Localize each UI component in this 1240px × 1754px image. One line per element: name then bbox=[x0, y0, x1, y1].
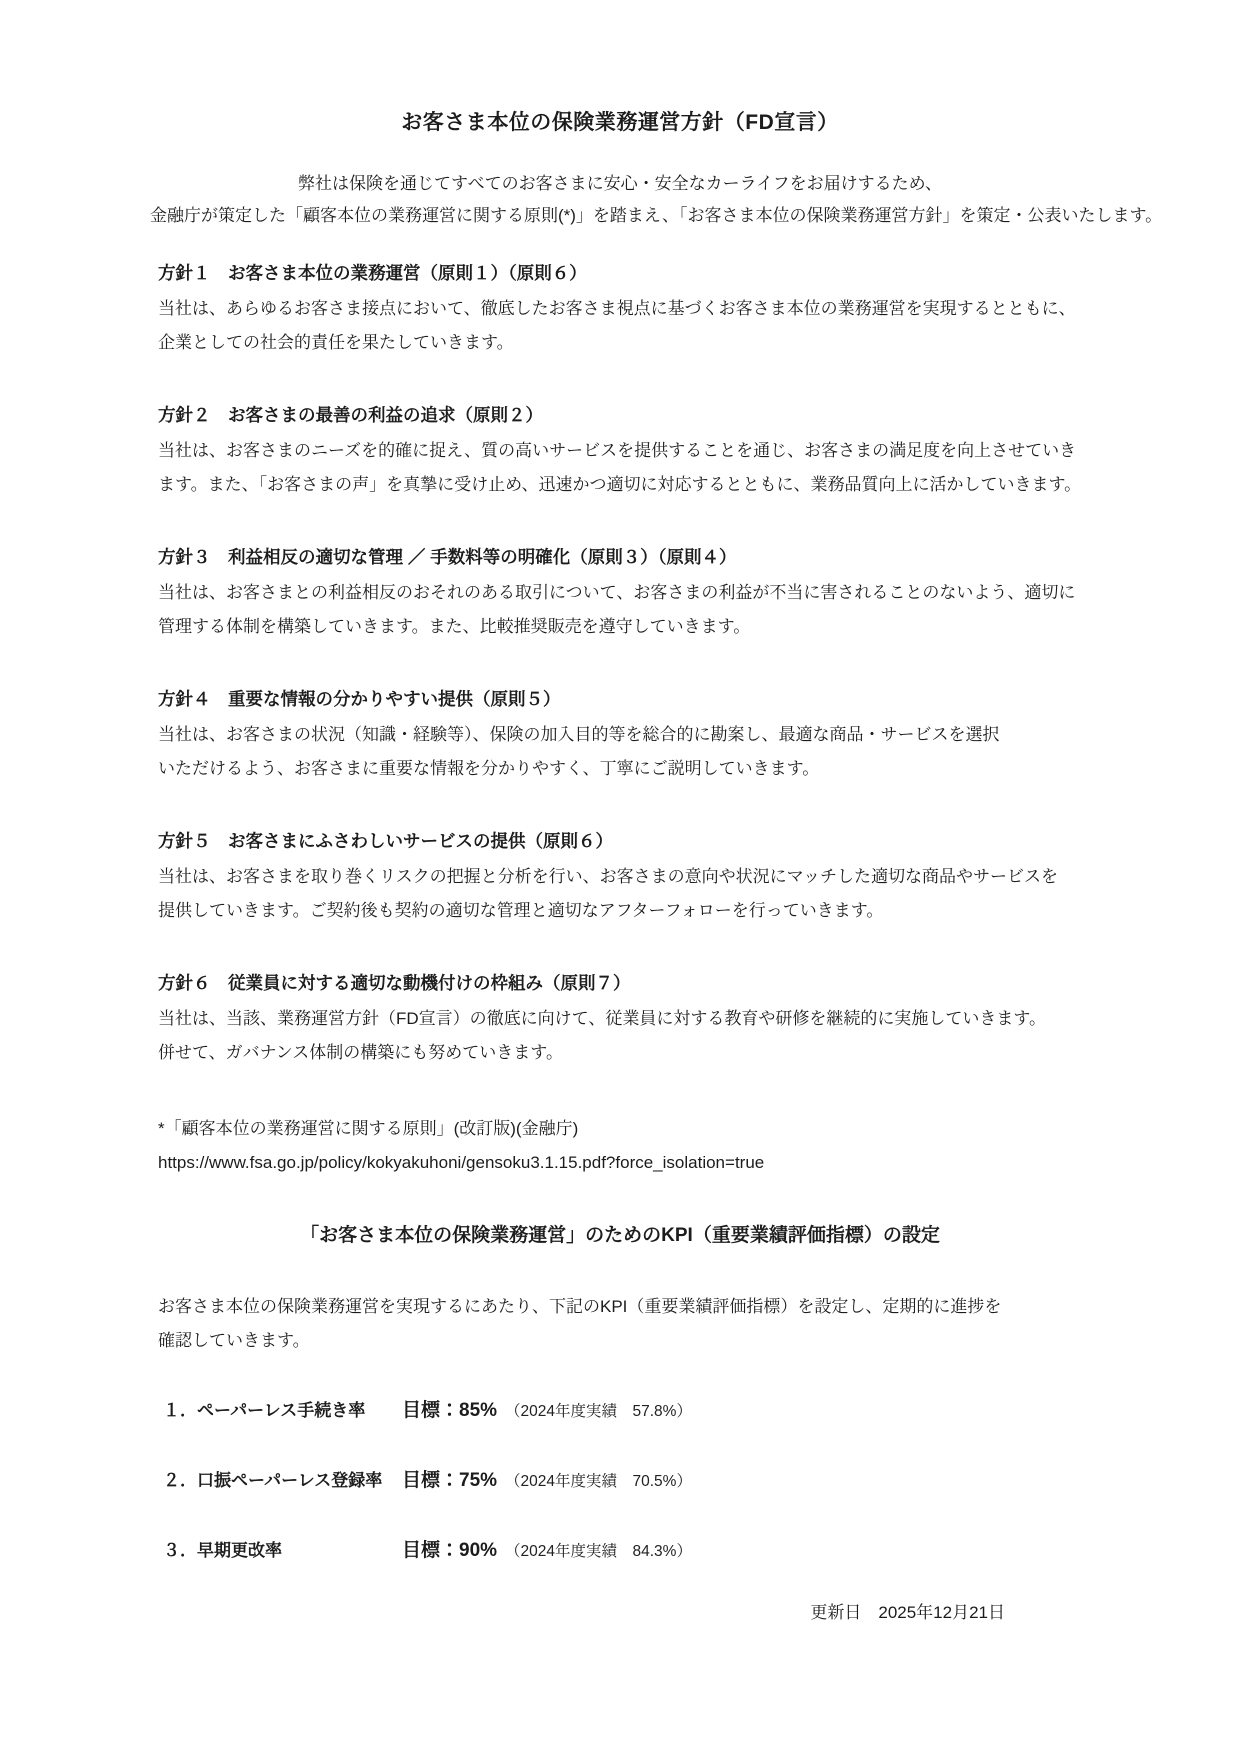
kpi-section-title: 「お客さま本位の保険業務運営」のためのKPI（重要業績評価指標）の設定 bbox=[150, 1222, 1090, 1250]
policy-4-body-line-1: 当社は、お客さまの状況（知識・経験等）、保険の加入目的等を総合的に勘案し、最適な… bbox=[158, 718, 1090, 752]
intro-line-1: 弊社は保険を通じてすべてのお客さまに安心・安全なカーライフをお届けするため、 bbox=[150, 168, 1090, 200]
kpi-intro-paragraph: お客さま本位の保険業務運営を実現するにあたり、下記のKPI（重要業績評価指標）を… bbox=[150, 1290, 1090, 1358]
policy-section-3: 方針３ 利益相反の適切な管理 ／ 手数料等の明確化（原則３）（原則４） 当社は、… bbox=[150, 544, 1090, 644]
page-title: お客さま本位の保険業務運営方針（FD宣言） bbox=[150, 108, 1090, 138]
footnote-url: https://www.fsa.go.jp/policy/kokyakuhoni… bbox=[158, 1146, 1090, 1180]
kpi-intro-line-2: 確認していきます。 bbox=[158, 1324, 1090, 1358]
policy-2-body-line-2: ます。また、「お客さまの声」を真摯に受け止め、迅速かつ適切に対応するとともに、業… bbox=[158, 468, 1090, 502]
kpi-intro-line-1: お客さま本位の保険業務運営を実現するにあたり、下記のKPI（重要業績評価指標）を… bbox=[158, 1290, 1090, 1324]
policy-4-heading: 方針４ 重要な情報の分かりやすい提供（原則５） bbox=[158, 686, 1090, 712]
policy-5-body-line-1: 当社は、お客さまを取り巻くリスクの把握と分析を行い、お客さまの意向や状況にマッチ… bbox=[158, 860, 1090, 894]
kpi-2-actual: （2024年度実績 70.5%） bbox=[505, 1469, 692, 1491]
kpi-1-actual: （2024年度実績 57.8%） bbox=[505, 1399, 692, 1421]
fd-declaration-document: お客さま本位の保険業務運営方針（FD宣言） 弊社は保険を通じてすべてのお客さまに… bbox=[0, 0, 1240, 1754]
kpi-item-debit-paperless-registration: ２．口振ペーパーレス登録率 目標：75% （2024年度実績 70.5%） bbox=[150, 1465, 1090, 1499]
policy-5-body-line-2: 提供していきます。ご契約後も契約の適切な管理と適切なアフターフォローを行っていき… bbox=[158, 894, 1090, 928]
intro-line-2: 金融庁が策定した「顧客本位の業務運営に関する原則(*)」を踏まえ、「お客さま本位… bbox=[150, 200, 1090, 232]
policy-3-body-line-1: 当社は、お客さまとの利益相反のおそれのある取引について、お客さまの利益が不当に害… bbox=[158, 576, 1090, 610]
policy-1-body-line-1: 当社は、あらゆるお客さま接点において、徹底したお客さま視点に基づくお客さま本位の… bbox=[158, 292, 1090, 326]
kpi-2-name: ２．口振ペーパーレス登録率 bbox=[163, 1466, 402, 1491]
policy-6-heading: 方針６ 従業員に対する適切な動機付けの枠組み（原則７） bbox=[158, 970, 1090, 996]
kpi-3-target: 目標：90% bbox=[402, 1535, 497, 1562]
footnote-source-text: *「顧客本位の業務運営に関する原則」(改訂版)(金融庁) bbox=[158, 1112, 1090, 1146]
policy-2-heading: 方針２ お客さまの最善の利益の追求（原則２） bbox=[158, 402, 1090, 428]
policy-3-body-line-2: 管理する体制を構築していきます。また、比較推奨販売を遵守していきます。 bbox=[158, 610, 1090, 644]
kpi-1-target: 目標：85% bbox=[402, 1395, 497, 1422]
policy-6-body-line-2: 併せて、ガバナンス体制の構築にも努めていきます。 bbox=[158, 1036, 1090, 1070]
policy-section-5: 方針５ お客さまにふさわしいサービスの提供（原則６） 当社は、お客さまを取り巻く… bbox=[150, 828, 1090, 928]
kpi-item-early-renewal-rate: ３．早期更改率 目標：90% （2024年度実績 84.3%） bbox=[150, 1535, 1090, 1569]
policy-6-body-line-1: 当社は、当該、業務運営方針（FD宣言）の徹底に向けて、従業員に対する教育や研修を… bbox=[158, 1002, 1090, 1036]
policy-5-heading: 方針５ お客さまにふさわしいサービスの提供（原則６） bbox=[158, 828, 1090, 854]
policy-3-heading: 方針３ 利益相反の適切な管理 ／ 手数料等の明確化（原則３）（原則４） bbox=[158, 544, 1090, 570]
updated-date: 更新日 2025年12月21日 bbox=[150, 1597, 1005, 1629]
kpi-2-target: 目標：75% bbox=[402, 1465, 497, 1492]
kpi-item-paperless-procedure: １．ペーパーレス手続き率 目標：85% （2024年度実績 57.8%） bbox=[150, 1395, 1090, 1429]
kpi-3-name: ３．早期更改率 bbox=[163, 1536, 402, 1561]
policy-section-6: 方針６ 従業員に対する適切な動機付けの枠組み（原則７） 当社は、当該、業務運営方… bbox=[150, 970, 1090, 1070]
footnote: *「顧客本位の業務運営に関する原則」(改訂版)(金融庁) https://www… bbox=[150, 1112, 1090, 1180]
kpi-1-name: １．ペーパーレス手続き率 bbox=[163, 1396, 402, 1421]
policy-section-1: 方針１ お客さま本位の業務運営（原則１）（原則６） 当社は、あらゆるお客さま接点… bbox=[150, 260, 1090, 360]
kpi-3-actual: （2024年度実績 84.3%） bbox=[505, 1539, 692, 1561]
intro-paragraph: 弊社は保険を通じてすべてのお客さまに安心・安全なカーライフをお届けするため、 金… bbox=[150, 168, 1090, 232]
policy-section-4: 方針４ 重要な情報の分かりやすい提供（原則５） 当社は、お客さまの状況（知識・経… bbox=[150, 686, 1090, 786]
policy-2-body-line-1: 当社は、お客さまのニーズを的確に捉え、質の高いサービスを提供することを通じ、お客… bbox=[158, 434, 1090, 468]
kpi-list: １．ペーパーレス手続き率 目標：85% （2024年度実績 57.8%） ２．口… bbox=[150, 1395, 1090, 1569]
policy-4-body-line-2: いただけるよう、お客さまに重要な情報を分かりやすく、丁寧にご説明していきます。 bbox=[158, 752, 1090, 786]
policy-1-body-line-2: 企業としての社会的責任を果たしていきます。 bbox=[158, 326, 1090, 360]
policy-section-2: 方針２ お客さまの最善の利益の追求（原則２） 当社は、お客さまのニーズを的確に捉… bbox=[150, 402, 1090, 502]
policy-1-heading: 方針１ お客さま本位の業務運営（原則１）（原則６） bbox=[158, 260, 1090, 286]
